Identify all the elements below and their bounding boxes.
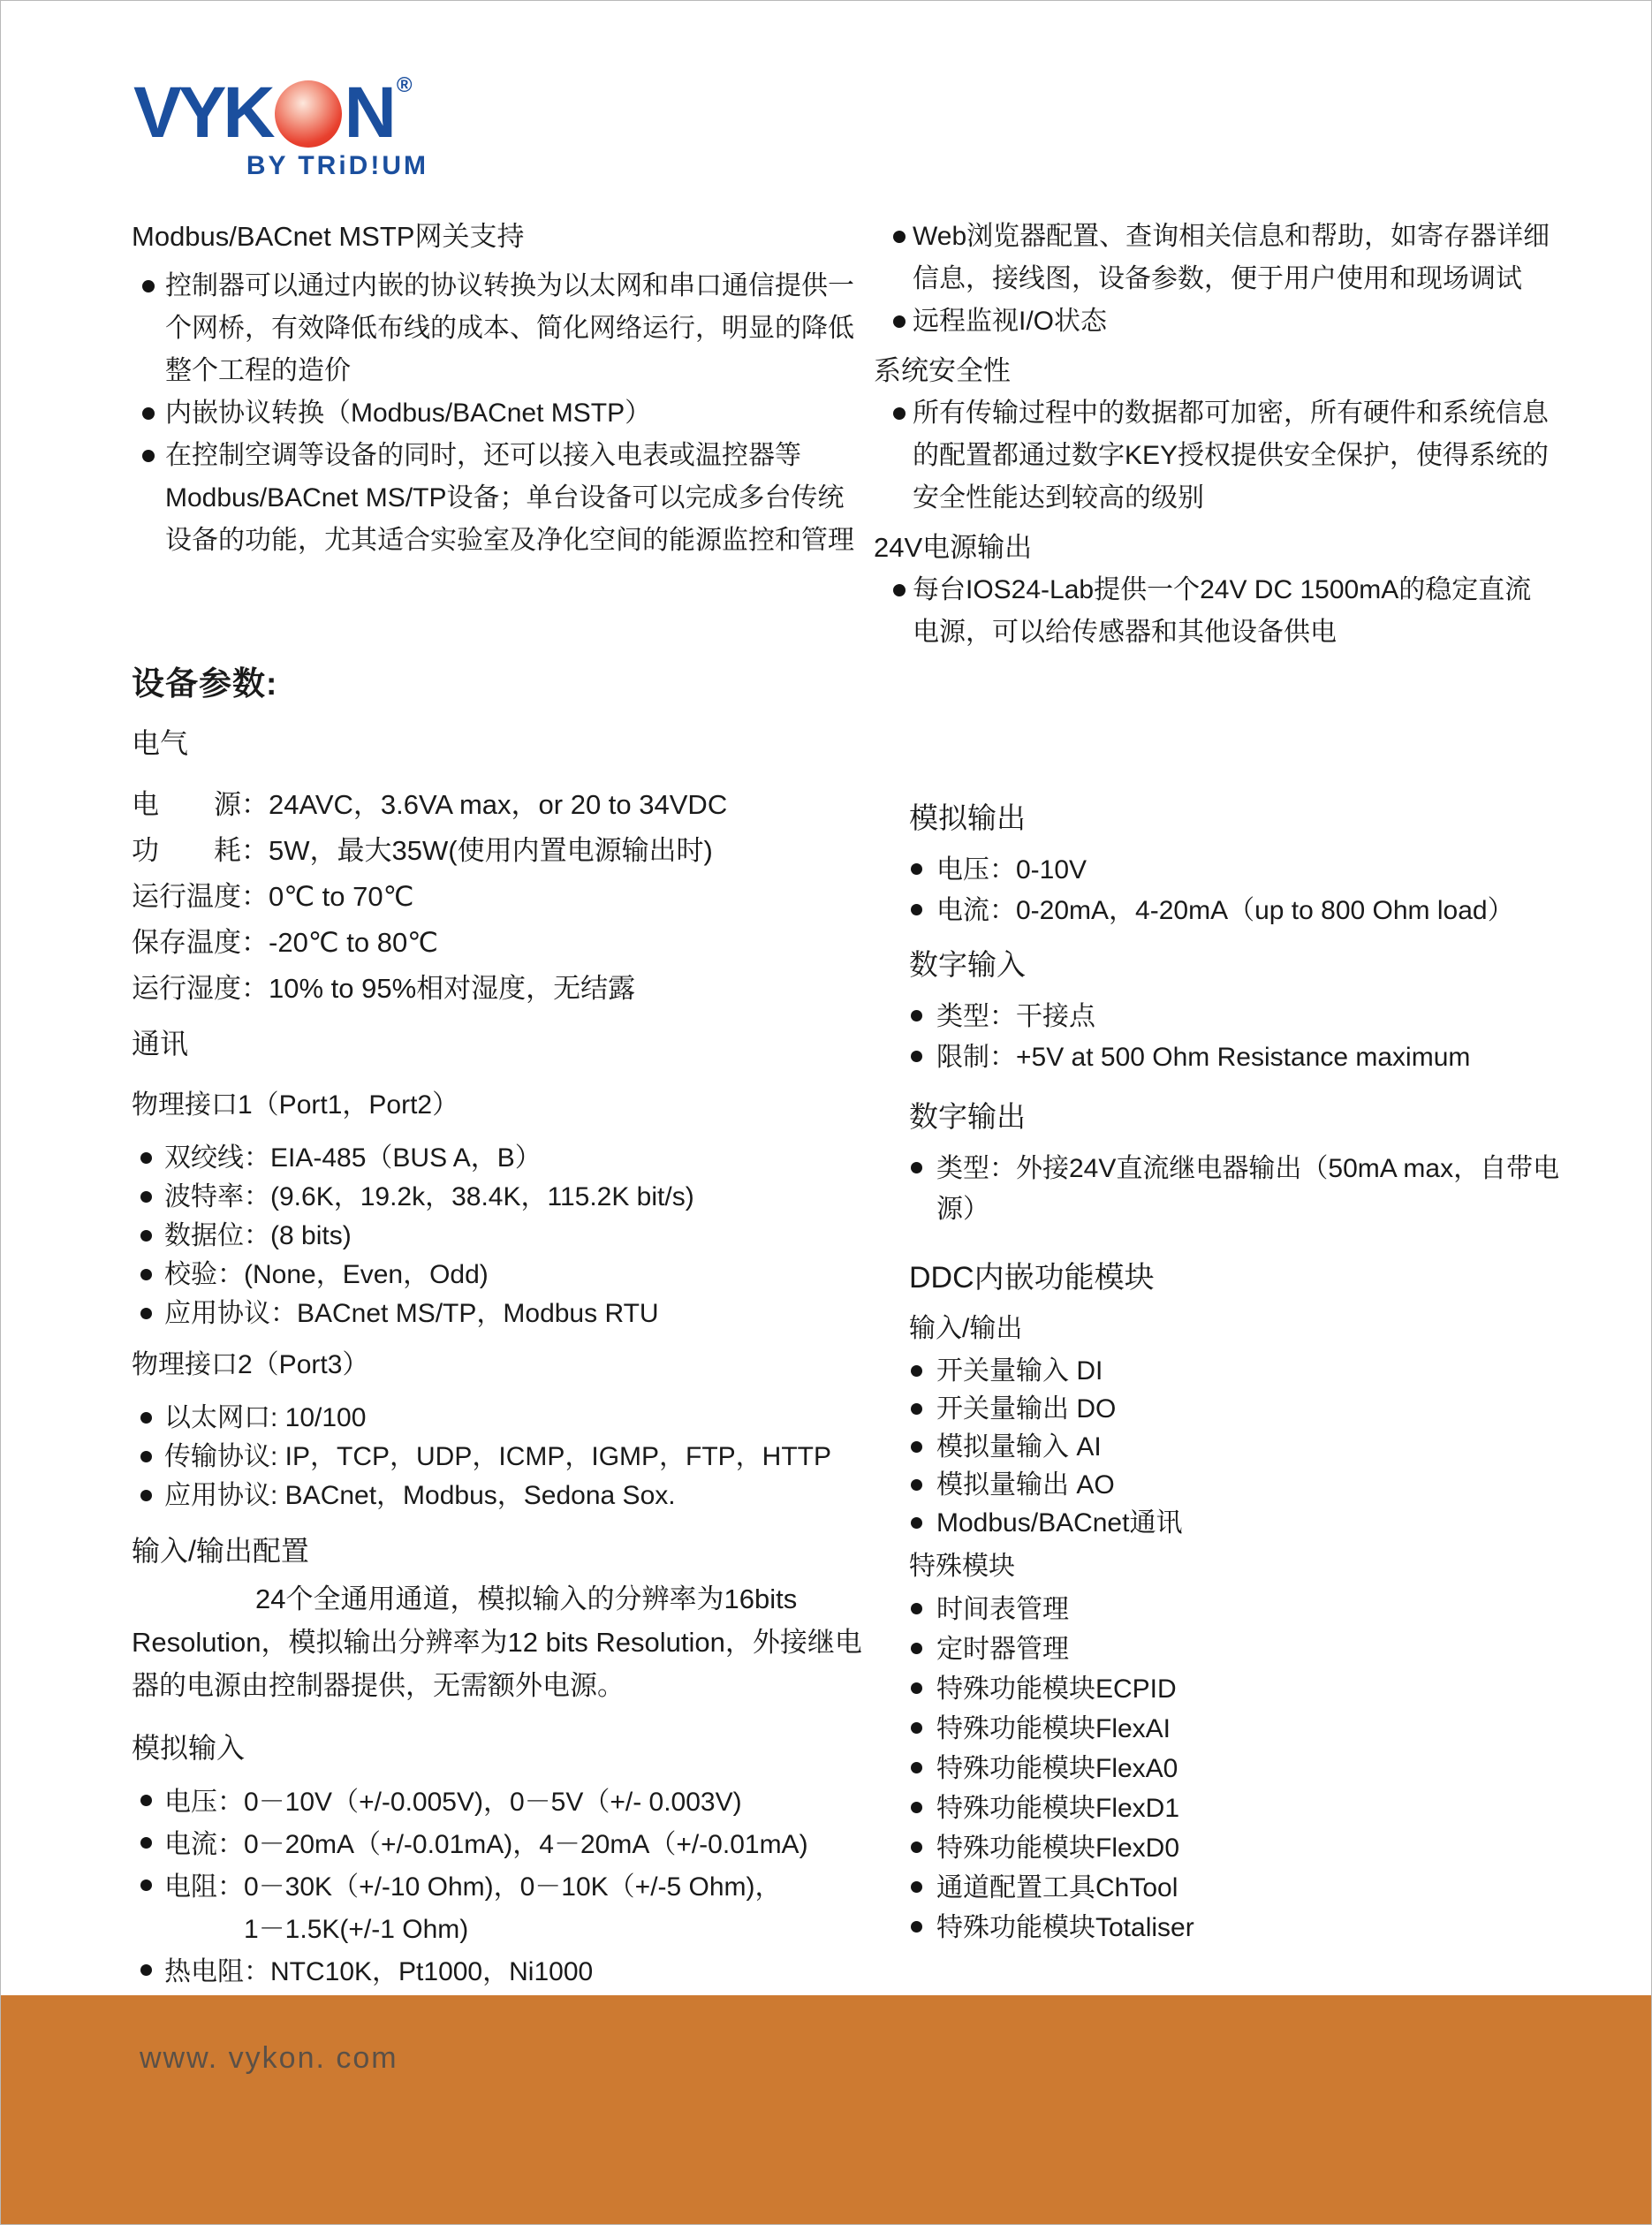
feature-list: 所有传输过程中的数据都可加密，所有硬件和系统信息的配置都通过数字KEY授权提供安… <box>874 392 1552 520</box>
bullet-icon <box>140 1269 152 1280</box>
datasheet-page: VYK N ® BY TRiD!UM Modbus/BACnet MSTP网关支… <box>0 0 1652 2225</box>
bullet-icon <box>911 904 922 915</box>
list-item: 所有传输过程中的数据都可加密，所有硬件和系统信息的配置都通过数字KEY授权提供安… <box>874 392 1552 520</box>
list-item-text: 定时器管理 <box>936 1629 1069 1669</box>
list-item-text: Modbus/BACnet通讯 <box>936 1504 1182 1542</box>
bullet-icon <box>911 1603 922 1614</box>
list-item: 应用协议: BACnet，Modbus，Sedona Sox. <box>132 1477 867 1515</box>
gateway-support-section: Modbus/BACnet MSTP网关支持 控制器可以通过内嵌的协议转换为以太… <box>132 216 863 562</box>
feature-list: 每台IOS24-Lab提供一个24V DC 1500mA的稳定直流电源，可以给传… <box>874 569 1552 654</box>
io-config-heading: 输入/输出配置 <box>132 1531 867 1570</box>
bullet-icon <box>911 1722 922 1734</box>
list-item-text: 特殊功能模块ECPID <box>936 1669 1177 1709</box>
list-item-text: 内嵌协议转换（Modbus/BACnet MSTP） <box>165 392 651 435</box>
bullet-icon <box>140 1191 152 1203</box>
list-item: 热电阻：NTC10K，Pt1000，Ni1000 <box>132 1951 867 1993</box>
bullet-icon <box>911 1403 922 1415</box>
registered-mark: ® <box>397 75 413 95</box>
bullet-icon <box>911 1441 922 1453</box>
list-item: 内嵌协议转换（Modbus/BACnet MSTP） <box>132 392 863 435</box>
list-item: 以太网口: 10/100 <box>132 1399 867 1438</box>
bullet-icon <box>911 1881 922 1893</box>
list-item-text: 校验：(None，Even，Odd) <box>164 1256 489 1295</box>
port1-list: 双绞线：EIA-485（BUS A，B） 波特率：(9.6K，19.2k，38.… <box>132 1139 867 1333</box>
spec-line: 运行湿度：10% to 95%相对湿度，无结露 <box>132 966 867 1012</box>
list-item: 特殊功能模块FlexAI <box>909 1709 1565 1749</box>
list-item-text: 控制器可以通过内嵌的协议转换为以太网和串口通信提供一个网桥，有效降低布线的成本、… <box>165 265 863 392</box>
bullet-icon <box>140 1490 152 1501</box>
spec-line: 电 源：24AVC，3.6VA max，or 20 to 34VDC <box>132 782 867 828</box>
spec-line: 运行温度：0℃ to 70℃ <box>132 874 867 920</box>
list-item: 模拟量输入 AI <box>909 1428 1565 1466</box>
list-item: Modbus/BACnet通讯 <box>909 1504 1565 1542</box>
bullet-icon <box>911 1643 922 1654</box>
feature-list: 控制器可以通过内嵌的协议转换为以太网和串口通信提供一个网桥，有效降低布线的成本、… <box>132 265 863 562</box>
list-item: 类型：干接点 <box>909 997 1565 1037</box>
ddc-heading: DDC内嵌功能模块 <box>909 1257 1565 1299</box>
list-item-text: 电流：0-20mA，4-20mA（up to 800 Ohm load） <box>936 891 1514 931</box>
logo-wordmark: VYK N ® <box>133 79 451 148</box>
list-item-text: 所有传输过程中的数据都可加密，所有硬件和系统信息的配置都通过数字KEY授权提供安… <box>913 392 1552 520</box>
bullet-icon <box>911 1762 922 1773</box>
list-item: 模拟量输出 AO <box>909 1466 1565 1504</box>
bullet-icon <box>140 1412 152 1424</box>
bullet-icon <box>142 450 155 462</box>
list-item-text: 电流：0－20mA（+/-0.01mA)，4－20mA（+/-0.01mA) <box>164 1824 808 1866</box>
electrical-lines: 电 源：24AVC，3.6VA max，or 20 to 34VDC 功 耗：5… <box>132 782 867 1012</box>
bullet-icon <box>893 231 906 243</box>
list-item-text: 电阻：0－30K（+/-10 Ohm)，0－10K（+/-5 Ohm)， 1－1… <box>164 1866 782 1951</box>
list-item-text: 时间表管理 <box>936 1590 1069 1629</box>
list-item-text: Web浏览器配置、查询相关信息和帮助，如寄存器详细信息，接线图，设备参数，便于用… <box>913 216 1552 300</box>
ddc-io-list: 开关量输入 DI 开关量输出 DO 模拟量输入 AI 模拟量输出 AO <box>909 1352 1565 1542</box>
feature-list: Web浏览器配置、查询相关信息和帮助，如寄存器详细信息，接线图，设备参数，便于用… <box>874 216 1552 343</box>
list-item-text: 以太网口: 10/100 <box>164 1399 366 1438</box>
spec-line: 保存温度：-20℃ to 80℃ <box>132 920 867 966</box>
bullet-icon <box>911 1517 922 1529</box>
list-item: 特殊功能模块FlexD0 <box>909 1828 1565 1868</box>
section-heading: Modbus/BACnet MSTP网关支持 <box>132 216 863 258</box>
list-item-text: 特殊功能模块FlexD0 <box>936 1828 1179 1868</box>
port2-heading: 物理接口2（Port3） <box>132 1346 867 1385</box>
analog-out-heading: 模拟输出 <box>909 799 1565 838</box>
bullet-icon <box>911 1802 922 1813</box>
right-specs-column: 模拟输出 电压：0-10V 电流：0-20mA，4-20mA（up to 800… <box>909 799 1565 1948</box>
ddc-io-heading: 输入/输出 <box>909 1310 1565 1348</box>
list-item-text: 远程监视I/O状态 <box>913 300 1107 343</box>
list-item-text: 特殊功能模块FlexA0 <box>936 1749 1178 1788</box>
section-heading-security: 系统安全性 <box>874 350 1552 392</box>
digital-in-heading: 数字输入 <box>909 945 1565 984</box>
list-item: 通道配置工具ChTool <box>909 1868 1565 1908</box>
bullet-icon <box>911 1682 922 1694</box>
analog-out-list: 电压：0-10V 电流：0-20mA，4-20mA（up to 800 Ohm … <box>909 850 1565 931</box>
bullet-icon <box>911 1479 922 1491</box>
device-params-title: 设备参数: <box>132 657 277 704</box>
bullet-icon <box>911 1921 922 1933</box>
list-item: 应用协议：BACnet MS/TP，Modbus RTU <box>132 1295 867 1333</box>
list-item: 传输协议: IP，TCP，UDP，ICMP，IGMP，FTP，HTTP <box>132 1438 867 1477</box>
logo-tagline: BY TRiD!UM <box>133 151 451 181</box>
left-specs-column: 电气 电 源：24AVC，3.6VA max，or 20 to 34VDC 功 … <box>132 724 867 1993</box>
bullet-icon <box>911 1010 922 1021</box>
bullet-icon <box>140 1308 152 1319</box>
logo-text-left: VYK <box>133 79 272 148</box>
list-item: 定时器管理 <box>909 1629 1565 1669</box>
logo-sphere-icon <box>275 80 342 148</box>
ddc-special-heading: 特殊模块 <box>909 1547 1565 1586</box>
list-item: 特殊功能模块FlexA0 <box>909 1749 1565 1788</box>
list-item: 限制：+5V at 500 Ohm Resistance maximum <box>909 1037 1565 1078</box>
list-item-text: 特殊功能模块Totaliser <box>936 1908 1194 1948</box>
bullet-icon <box>142 407 155 420</box>
bullet-icon <box>140 1451 152 1462</box>
list-item-text: 热电阻：NTC10K，Pt1000，Ni1000 <box>164 1951 593 1993</box>
bullet-icon <box>140 1230 152 1242</box>
io-config-paragraph: 24个全通用通道，模拟输入的分辨率为16bits Resolution，模拟输出… <box>132 1577 867 1707</box>
digital-in-list: 类型：干接点 限制：+5V at 500 Ohm Resistance maxi… <box>909 997 1565 1078</box>
list-item-text: 模拟量输出 AO <box>936 1466 1115 1504</box>
list-item-text: 类型：干接点 <box>936 997 1095 1037</box>
list-item: 数据位：(8 bits) <box>132 1217 867 1256</box>
list-item: 时间表管理 <box>909 1590 1565 1629</box>
list-item: 远程监视I/O状态 <box>874 300 1552 343</box>
list-item: 每台IOS24-Lab提供一个24V DC 1500mA的稳定直流电源，可以给传… <box>874 569 1552 654</box>
bullet-icon <box>140 1837 152 1849</box>
list-item: 电阻：0－30K（+/-10 Ohm)，0－10K（+/-5 Ohm)， 1－1… <box>132 1866 867 1951</box>
digital-out-list: 类型：外接24V直流继电器输出（50mA max，自带电源） <box>909 1149 1565 1230</box>
list-item: 在控制空调等设备的同时，还可以接入电表或温控器等Modbus/BACnet MS… <box>132 435 863 562</box>
analog-in-list: 电压：0－10V（+/-0.005V)，0－5V（+/- 0.003V) 电流：… <box>132 1781 867 1993</box>
website-url: www. vykon. com <box>140 2041 398 2076</box>
list-item-text: 传输协议: IP，TCP，UDP，ICMP，IGMP，FTP，HTTP <box>164 1438 831 1477</box>
list-item-text: 在控制空调等设备的同时，还可以接入电表或温控器等Modbus/BACnet MS… <box>165 435 863 562</box>
list-item-text: 双绞线：EIA-485（BUS A，B） <box>164 1139 542 1178</box>
bullet-icon <box>142 280 155 292</box>
port2-list: 以太网口: 10/100 传输协议: IP，TCP，UDP，ICMP，IGMP，… <box>132 1399 867 1515</box>
bullet-icon <box>911 1051 922 1062</box>
section-heading-power: 24V电源输出 <box>874 527 1552 569</box>
bullet-icon <box>140 1795 152 1806</box>
list-item: 控制器可以通过内嵌的协议转换为以太网和串口通信提供一个网桥，有效降低布线的成本、… <box>132 265 863 392</box>
bullet-icon <box>911 1162 922 1173</box>
list-item-text: 特殊功能模块FlexD1 <box>936 1788 1179 1828</box>
electrical-heading: 电气 <box>132 724 867 763</box>
list-item-text: 应用协议: BACnet，Modbus，Sedona Sox. <box>164 1477 676 1515</box>
list-item: 电流：0-20mA，4-20mA（up to 800 Ohm load） <box>909 891 1565 931</box>
list-item-text: 应用协议：BACnet MS/TP，Modbus RTU <box>164 1295 659 1333</box>
list-item: 开关量输入 DI <box>909 1352 1565 1390</box>
list-item-text: 开关量输出 DO <box>936 1390 1116 1428</box>
ddc-special-list: 时间表管理 定时器管理 特殊功能模块ECPID 特殊功能模块FlexAI <box>909 1590 1565 1948</box>
list-item-text: 限制：+5V at 500 Ohm Resistance maximum <box>936 1037 1470 1078</box>
list-item: 特殊功能模块Totaliser <box>909 1908 1565 1948</box>
list-item-text: 电压：0－10V（+/-0.005V)，0－5V（+/- 0.003V) <box>164 1781 742 1824</box>
list-item-text: 模拟量输入 AI <box>936 1428 1102 1466</box>
list-item-text: 数据位：(8 bits) <box>164 1217 352 1256</box>
bullet-icon <box>911 863 922 875</box>
bullet-icon <box>911 1842 922 1853</box>
list-item: 特殊功能模块ECPID <box>909 1669 1565 1709</box>
bullet-icon <box>140 1964 152 1976</box>
vykon-logo: VYK N ® BY TRiD!UM <box>133 79 451 181</box>
list-item: 电压：0－10V（+/-0.005V)，0－5V（+/- 0.003V) <box>132 1781 867 1824</box>
bullet-icon <box>140 1879 152 1891</box>
analog-in-heading: 模拟输入 <box>132 1728 867 1767</box>
list-item-text: 波特率：(9.6K，19.2k，38.4K，115.2K bit/s) <box>164 1178 694 1217</box>
list-item-text: 电压：0-10V <box>936 850 1087 891</box>
list-item: 类型：外接24V直流继电器输出（50mA max，自带电源） <box>909 1149 1565 1230</box>
web-security-power-section: Web浏览器配置、查询相关信息和帮助，如寄存器详细信息，接线图，设备参数，便于用… <box>874 216 1552 654</box>
digital-out-heading: 数字输出 <box>909 1097 1565 1136</box>
list-item: 电流：0－20mA（+/-0.01mA)，4－20mA（+/-0.01mA) <box>132 1824 867 1866</box>
list-item-text: 通道配置工具ChTool <box>936 1868 1178 1908</box>
bullet-icon <box>893 584 906 596</box>
list-item-text: 每台IOS24-Lab提供一个24V DC 1500mA的稳定直流电源，可以给传… <box>913 569 1552 654</box>
list-item: 开关量输出 DO <box>909 1390 1565 1428</box>
list-item: 特殊功能模块FlexD1 <box>909 1788 1565 1828</box>
list-item-text: 类型：外接24V直流继电器输出（50mA max，自带电源） <box>936 1149 1565 1230</box>
list-item: 电压：0-10V <box>909 850 1565 891</box>
bullet-icon <box>893 315 906 328</box>
list-item: Web浏览器配置、查询相关信息和帮助，如寄存器详细信息，接线图，设备参数，便于用… <box>874 216 1552 300</box>
list-item-text: 开关量输入 DI <box>936 1352 1103 1390</box>
list-item: 双绞线：EIA-485（BUS A，B） <box>132 1139 867 1178</box>
list-item: 波特率：(9.6K，19.2k，38.4K，115.2K bit/s) <box>132 1178 867 1217</box>
comm-heading: 通讯 <box>132 1024 867 1063</box>
footer-band: www. vykon. com <box>1 1995 1652 2225</box>
list-item: 校验：(None，Even，Odd) <box>132 1256 867 1295</box>
bullet-icon <box>911 1365 922 1377</box>
bullet-icon <box>140 1152 152 1164</box>
spec-line: 功 耗：5W，最大35W(使用内置电源输出时) <box>132 828 867 874</box>
port1-heading: 物理接口1（Port1，Port2） <box>132 1086 867 1125</box>
logo-text-right: N <box>345 79 393 148</box>
list-item-text: 特殊功能模块FlexAI <box>936 1709 1171 1749</box>
bullet-icon <box>893 407 906 420</box>
